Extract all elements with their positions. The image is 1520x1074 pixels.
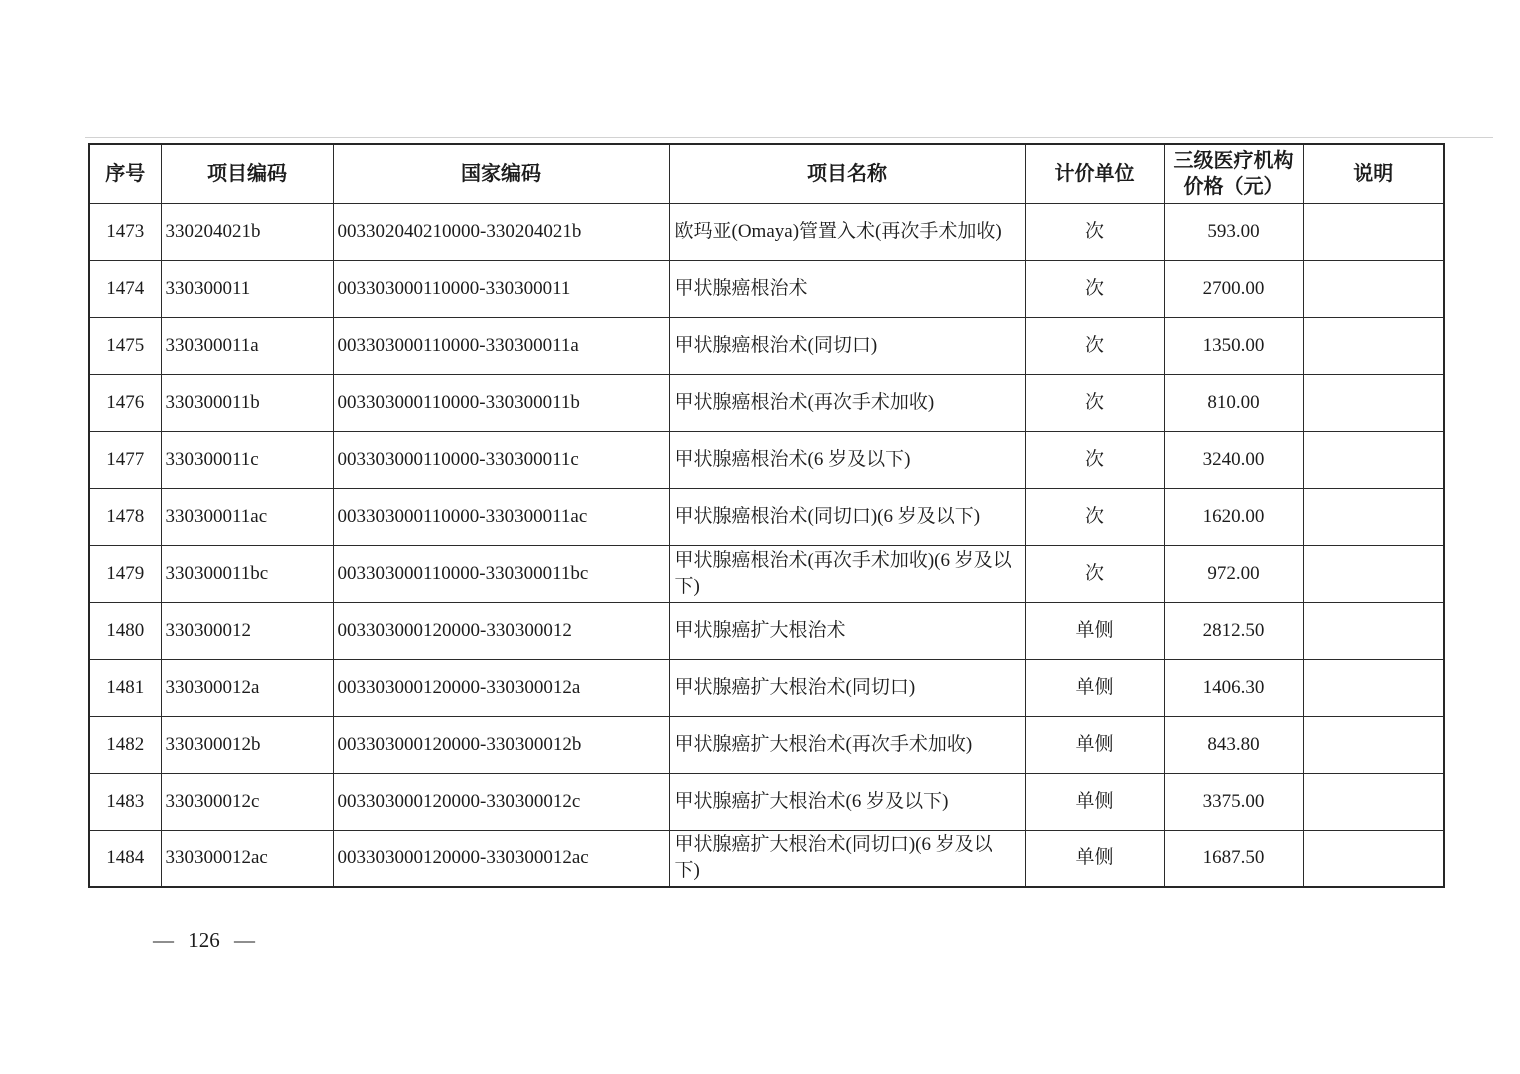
project-code-cell: 330300011b <box>161 374 333 431</box>
note-cell <box>1303 317 1444 374</box>
table-row: 1484330300012ac003303000120000-330300012… <box>89 830 1444 887</box>
project-code-cell: 330300011bc <box>161 545 333 602</box>
project-code-cell: 330204021b <box>161 203 333 260</box>
unit-cell: 单侧 <box>1025 716 1164 773</box>
unit-cell: 单侧 <box>1025 830 1164 887</box>
unit-cell: 单侧 <box>1025 773 1164 830</box>
unit-cell: 单侧 <box>1025 659 1164 716</box>
header-name: 项目名称 <box>669 144 1025 203</box>
project-code-cell: 330300012c <box>161 773 333 830</box>
price-cell: 1350.00 <box>1164 317 1303 374</box>
name-cell: 甲状腺癌根治术 <box>669 260 1025 317</box>
table-row: 1478330300011ac003303000110000-330300011… <box>89 488 1444 545</box>
national-code-cell: 003302040210000-330204021b <box>333 203 669 260</box>
unit-cell: 次 <box>1025 260 1164 317</box>
national-code-cell: 003303000120000-330300012 <box>333 602 669 659</box>
seq-cell: 1479 <box>89 545 161 602</box>
national-code-cell: 003303000120000-330300012a <box>333 659 669 716</box>
note-cell <box>1303 374 1444 431</box>
price-cell: 3240.00 <box>1164 431 1303 488</box>
project-code-cell: 330300012b <box>161 716 333 773</box>
unit-cell: 单侧 <box>1025 602 1164 659</box>
national-code-cell: 003303000110000-330300011bc <box>333 545 669 602</box>
note-cell <box>1303 659 1444 716</box>
name-cell: 甲状腺癌根治术(6 岁及以下) <box>669 431 1025 488</box>
seq-cell: 1477 <box>89 431 161 488</box>
national-code-cell: 003303000120000-330300012c <box>333 773 669 830</box>
name-cell: 甲状腺癌扩大根治术(6 岁及以下) <box>669 773 1025 830</box>
note-cell <box>1303 431 1444 488</box>
project-code-cell: 330300011 <box>161 260 333 317</box>
project-code-cell: 330300012 <box>161 602 333 659</box>
name-cell: 甲状腺癌根治术(再次手术加收) <box>669 374 1025 431</box>
header-project-code: 项目编码 <box>161 144 333 203</box>
unit-cell: 次 <box>1025 374 1164 431</box>
note-cell <box>1303 716 1444 773</box>
header-unit: 计价单位 <box>1025 144 1164 203</box>
seq-cell: 1474 <box>89 260 161 317</box>
unit-cell: 次 <box>1025 545 1164 602</box>
seq-cell: 1478 <box>89 488 161 545</box>
name-cell: 甲状腺癌根治术(同切口)(6 岁及以下) <box>669 488 1025 545</box>
note-cell <box>1303 488 1444 545</box>
seq-cell: 1473 <box>89 203 161 260</box>
fee-schedule-table: 序号 项目编码 国家编码 项目名称 计价单位 三级医疗机构价格（元） 说明 14… <box>88 143 1445 888</box>
unit-cell: 次 <box>1025 431 1164 488</box>
table-row: 1481330300012a003303000120000-330300012a… <box>89 659 1444 716</box>
project-code-cell: 330300011a <box>161 317 333 374</box>
national-code-cell: 003303000110000-330300011a <box>333 317 669 374</box>
national-code-cell: 003303000120000-330300012b <box>333 716 669 773</box>
table-row: 1477330300011c003303000110000-330300011c… <box>89 431 1444 488</box>
note-cell <box>1303 260 1444 317</box>
page-number: — 126 — <box>153 928 255 953</box>
price-cell: 2700.00 <box>1164 260 1303 317</box>
unit-cell: 次 <box>1025 203 1164 260</box>
seq-cell: 1483 <box>89 773 161 830</box>
header-national-code: 国家编码 <box>333 144 669 203</box>
name-cell: 欧玛亚(Omaya)管置入术(再次手术加收) <box>669 203 1025 260</box>
price-cell: 1687.50 <box>1164 830 1303 887</box>
scan-artifact-line <box>85 137 1493 138</box>
seq-cell: 1480 <box>89 602 161 659</box>
national-code-cell: 003303000110000-330300011ac <box>333 488 669 545</box>
project-code-cell: 330300011ac <box>161 488 333 545</box>
seq-cell: 1484 <box>89 830 161 887</box>
price-cell: 810.00 <box>1164 374 1303 431</box>
unit-cell: 次 <box>1025 317 1164 374</box>
note-cell <box>1303 830 1444 887</box>
name-cell: 甲状腺癌扩大根治术 <box>669 602 1025 659</box>
table-row: 1480330300012003303000120000-330300012甲状… <box>89 602 1444 659</box>
price-cell: 972.00 <box>1164 545 1303 602</box>
project-code-cell: 330300011c <box>161 431 333 488</box>
header-note: 说明 <box>1303 144 1444 203</box>
unit-cell: 次 <box>1025 488 1164 545</box>
table-row: 1474330300011003303000110000-330300011甲状… <box>89 260 1444 317</box>
seq-cell: 1482 <box>89 716 161 773</box>
price-cell: 3375.00 <box>1164 773 1303 830</box>
seq-cell: 1475 <box>89 317 161 374</box>
national-code-cell: 003303000110000-330300011b <box>333 374 669 431</box>
project-code-cell: 330300012ac <box>161 830 333 887</box>
national-code-cell: 003303000120000-330300012ac <box>333 830 669 887</box>
note-cell <box>1303 545 1444 602</box>
table-row: 1473330204021b003302040210000-330204021b… <box>89 203 1444 260</box>
seq-cell: 1481 <box>89 659 161 716</box>
note-cell <box>1303 203 1444 260</box>
national-code-cell: 003303000110000-330300011 <box>333 260 669 317</box>
table-row: 1482330300012b003303000120000-330300012b… <box>89 716 1444 773</box>
name-cell: 甲状腺癌根治术(同切口) <box>669 317 1025 374</box>
name-cell: 甲状腺癌根治术(再次手术加收)(6 岁及以下) <box>669 545 1025 602</box>
note-cell <box>1303 773 1444 830</box>
price-cell: 2812.50 <box>1164 602 1303 659</box>
table-row: 1479330300011bc003303000110000-330300011… <box>89 545 1444 602</box>
name-cell: 甲状腺癌扩大根治术(再次手术加收) <box>669 716 1025 773</box>
name-cell: 甲状腺癌扩大根治术(同切口)(6 岁及以下) <box>669 830 1025 887</box>
table-row: 1483330300012c003303000120000-330300012c… <box>89 773 1444 830</box>
header-seq: 序号 <box>89 144 161 203</box>
project-code-cell: 330300012a <box>161 659 333 716</box>
price-cell: 593.00 <box>1164 203 1303 260</box>
name-cell: 甲状腺癌扩大根治术(同切口) <box>669 659 1025 716</box>
header-price: 三级医疗机构价格（元） <box>1164 144 1303 203</box>
price-cell: 843.80 <box>1164 716 1303 773</box>
price-cell: 1620.00 <box>1164 488 1303 545</box>
seq-cell: 1476 <box>89 374 161 431</box>
table-header-row: 序号 项目编码 国家编码 项目名称 计价单位 三级医疗机构价格（元） 说明 <box>89 144 1444 203</box>
table-row: 1476330300011b003303000110000-330300011b… <box>89 374 1444 431</box>
note-cell <box>1303 602 1444 659</box>
price-cell: 1406.30 <box>1164 659 1303 716</box>
table-row: 1475330300011a003303000110000-330300011a… <box>89 317 1444 374</box>
national-code-cell: 003303000110000-330300011c <box>333 431 669 488</box>
table-body: 1473330204021b003302040210000-330204021b… <box>89 203 1444 887</box>
